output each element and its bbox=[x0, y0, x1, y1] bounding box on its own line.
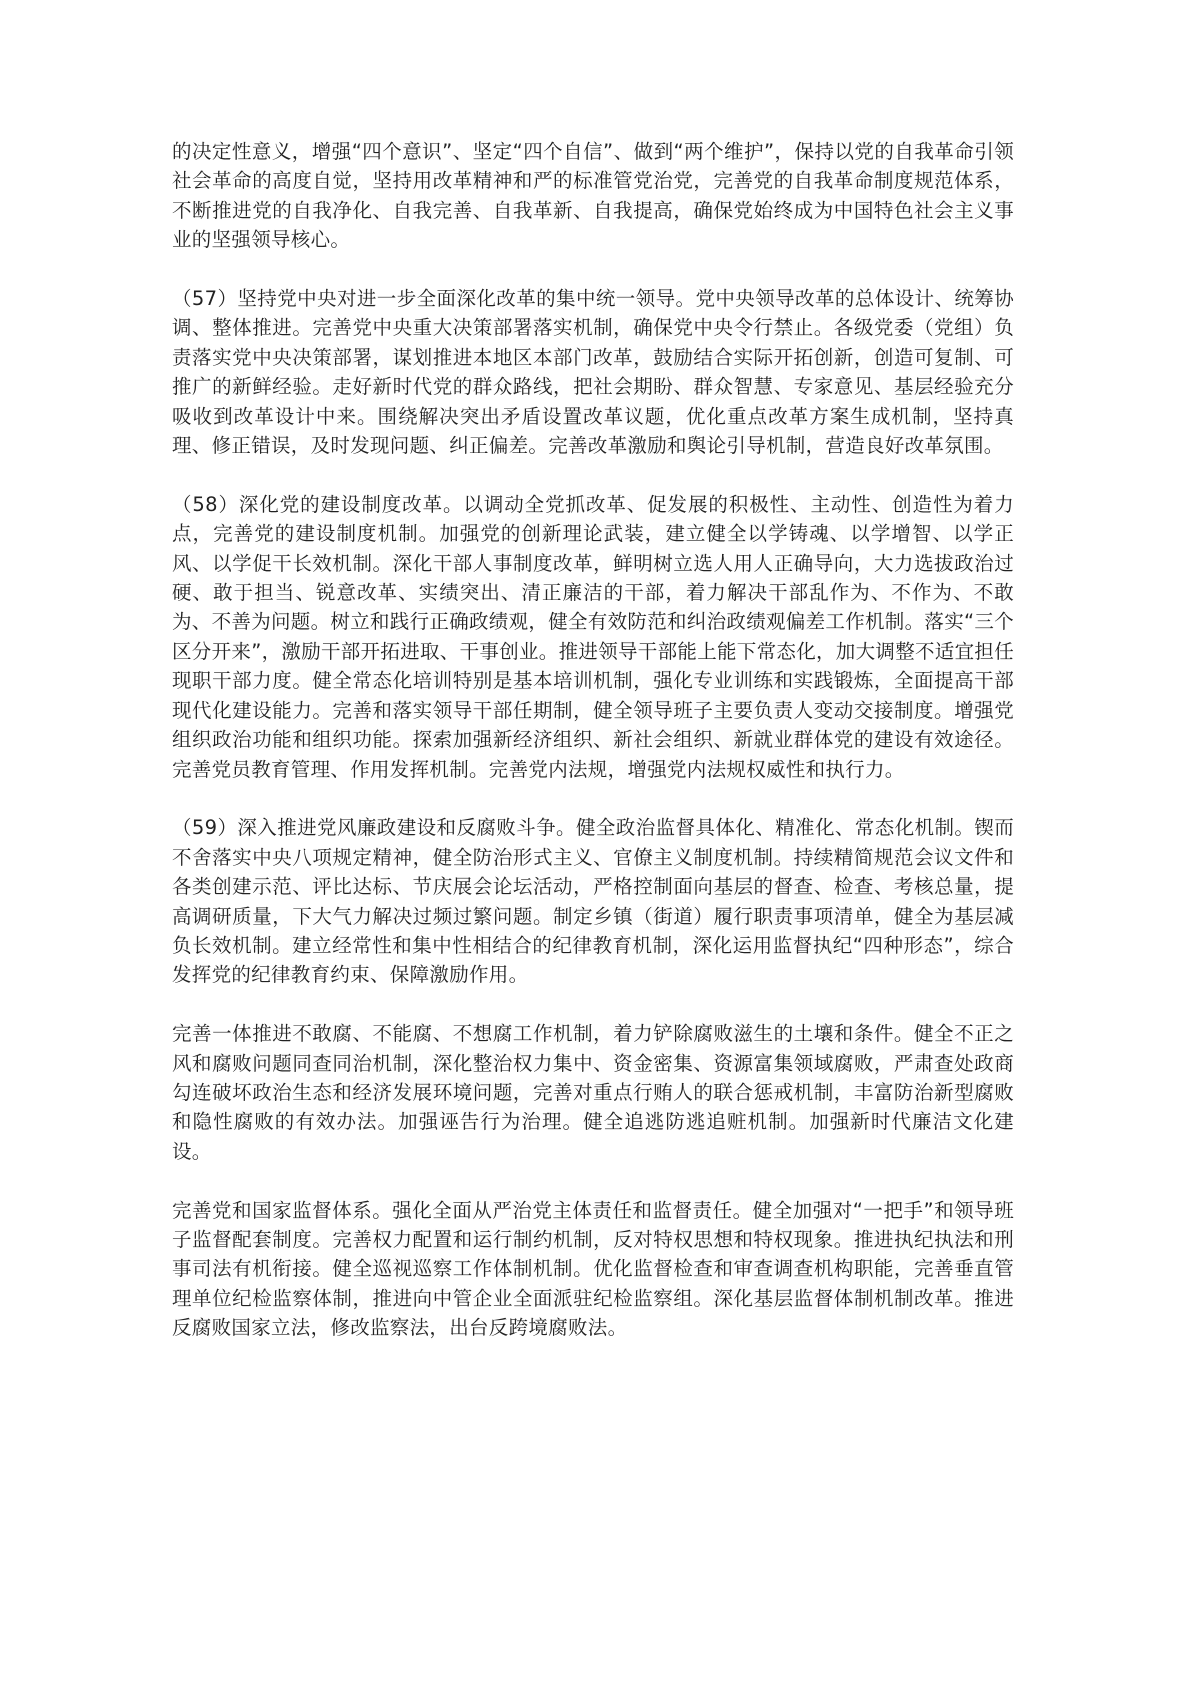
paragraph-59: （59）深入推进党风廉政建设和反腐败斗争。健全政治监督具体化、精准化、常态化机制… bbox=[172, 813, 1014, 989]
paragraph-continuation: 的决定性意义，增强“四个意识”、坚定“四个自信”、做到“两个维护”，保持以党的自… bbox=[172, 137, 1014, 255]
paragraph-supervision-system: 完善党和国家监督体系。强化全面从严治党主体责任和监督责任。健全加强对“一把手”和… bbox=[172, 1196, 1014, 1343]
document-page: 的决定性意义，增强“四个意识”、坚定“四个自信”、做到“两个维护”，保持以党的自… bbox=[172, 137, 1014, 1372]
paragraph-58: （58）深化党的建设制度改革。以调动全党抓改革、促发展的积极性、主动性、创造性为… bbox=[172, 490, 1014, 784]
paragraph-anti-corruption-mechanism: 完善一体推进不敢腐、不能腐、不想腐工作机制，着力铲除腐败滋生的土壤和条件。健全不… bbox=[172, 1019, 1014, 1166]
paragraph-57: （57）坚持党中央对进一步全面深化改革的集中统一领导。党中央领导改革的总体设计、… bbox=[172, 284, 1014, 460]
